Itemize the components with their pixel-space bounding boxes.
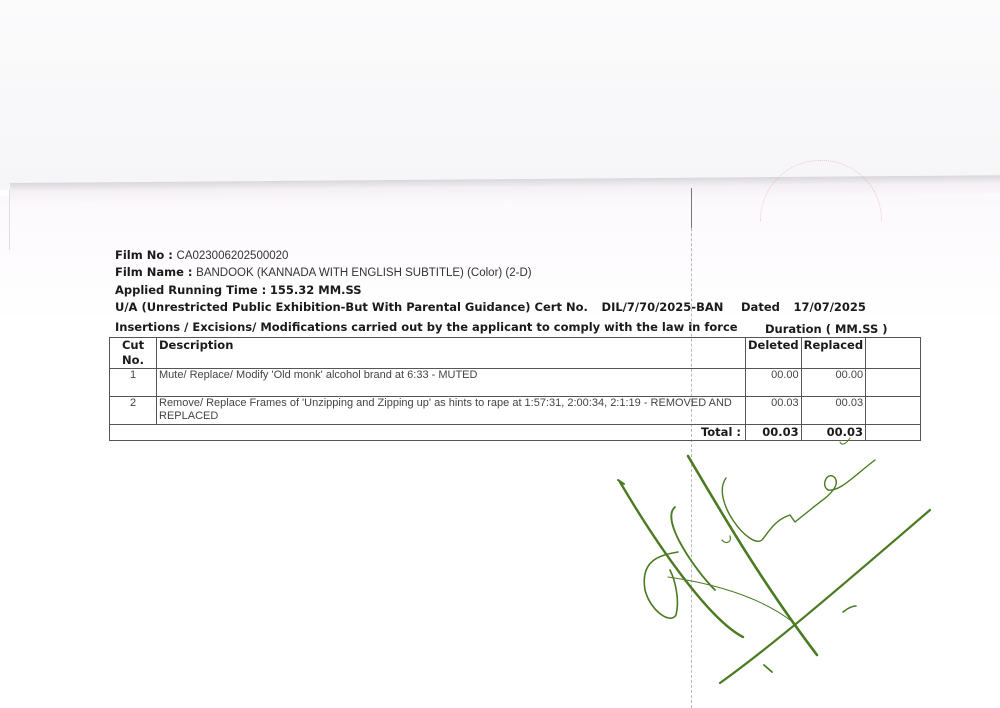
film-number-value: CA023006202500020 bbox=[177, 250, 289, 262]
table-header-row: Cut No. Description Deleted Replaced bbox=[110, 338, 921, 369]
header-replaced: Replaced bbox=[801, 338, 865, 369]
modifications-heading: Insertions / Excisions/ Modifications ca… bbox=[115, 320, 738, 334]
certificate-number: DIL/7/70/2025-BAN bbox=[602, 300, 724, 314]
running-time-label: Applied Running Time : bbox=[115, 283, 266, 297]
running-time-line: Applied Running Time : 155.32 MM.SS bbox=[115, 283, 362, 297]
duration-heading: Duration ( MM.SS ) bbox=[765, 322, 888, 336]
modifications-heading-text: Insertions / Excisions/ Modifications ca… bbox=[115, 320, 738, 334]
deleted-duration: 00.03 bbox=[746, 397, 802, 425]
dated-label: Dated bbox=[741, 300, 780, 314]
fold-crease-top bbox=[691, 188, 692, 228]
header-deleted: Deleted bbox=[746, 338, 802, 369]
handwritten-signature bbox=[600, 430, 940, 700]
certificate-category: U/A (Unrestricted Public Exhibition-But … bbox=[115, 300, 588, 314]
cut-description: Remove/ Replace Frames of 'Unzipping and… bbox=[157, 397, 746, 425]
certificate-line: U/A (Unrestricted Public Exhibition-But … bbox=[115, 300, 866, 314]
paper-top-region bbox=[0, 0, 1000, 190]
table-row: 1 Mute/ Replace/ Modify 'Old monk' alcoh… bbox=[110, 369, 921, 397]
film-name-label: Film Name : bbox=[115, 265, 193, 279]
cut-number: 1 bbox=[110, 369, 157, 397]
table-row: 2 Remove/ Replace Frames of 'Unzipping a… bbox=[110, 397, 921, 425]
cut-description: Mute/ Replace/ Modify 'Old monk' alcohol… bbox=[157, 369, 746, 397]
empty-cell bbox=[866, 369, 921, 397]
cut-description-text: Mute/ Replace/ Modify 'Old monk' alcohol… bbox=[159, 369, 743, 382]
cut-number: 2 bbox=[110, 397, 157, 425]
replaced-duration: 00.00 bbox=[801, 369, 865, 397]
cuts-table: Cut No. Description Deleted Replaced 1 M… bbox=[109, 337, 921, 441]
film-name-value: BANDOOK (KANNADA WITH ENGLISH SUBTITLE) … bbox=[196, 267, 531, 279]
deleted-duration: 00.00 bbox=[746, 369, 802, 397]
certificate-date: 17/07/2025 bbox=[794, 300, 866, 314]
header-empty bbox=[866, 338, 921, 369]
running-time-value: 155.32 MM.SS bbox=[270, 283, 362, 297]
film-number-line: Film No : CA023006202500020 bbox=[115, 248, 288, 262]
empty-cell bbox=[866, 397, 921, 425]
header-cut-no: Cut No. bbox=[110, 338, 157, 369]
film-name-line: Film Name : BANDOOK (KANNADA WITH ENGLIS… bbox=[115, 265, 532, 279]
replaced-duration: 00.03 bbox=[801, 397, 865, 425]
header-description: Description bbox=[157, 338, 746, 369]
cut-description-text: Remove/ Replace Frames of 'Unzipping and… bbox=[159, 397, 743, 423]
page-edge bbox=[9, 190, 10, 250]
film-number-label: Film No : bbox=[115, 248, 173, 262]
